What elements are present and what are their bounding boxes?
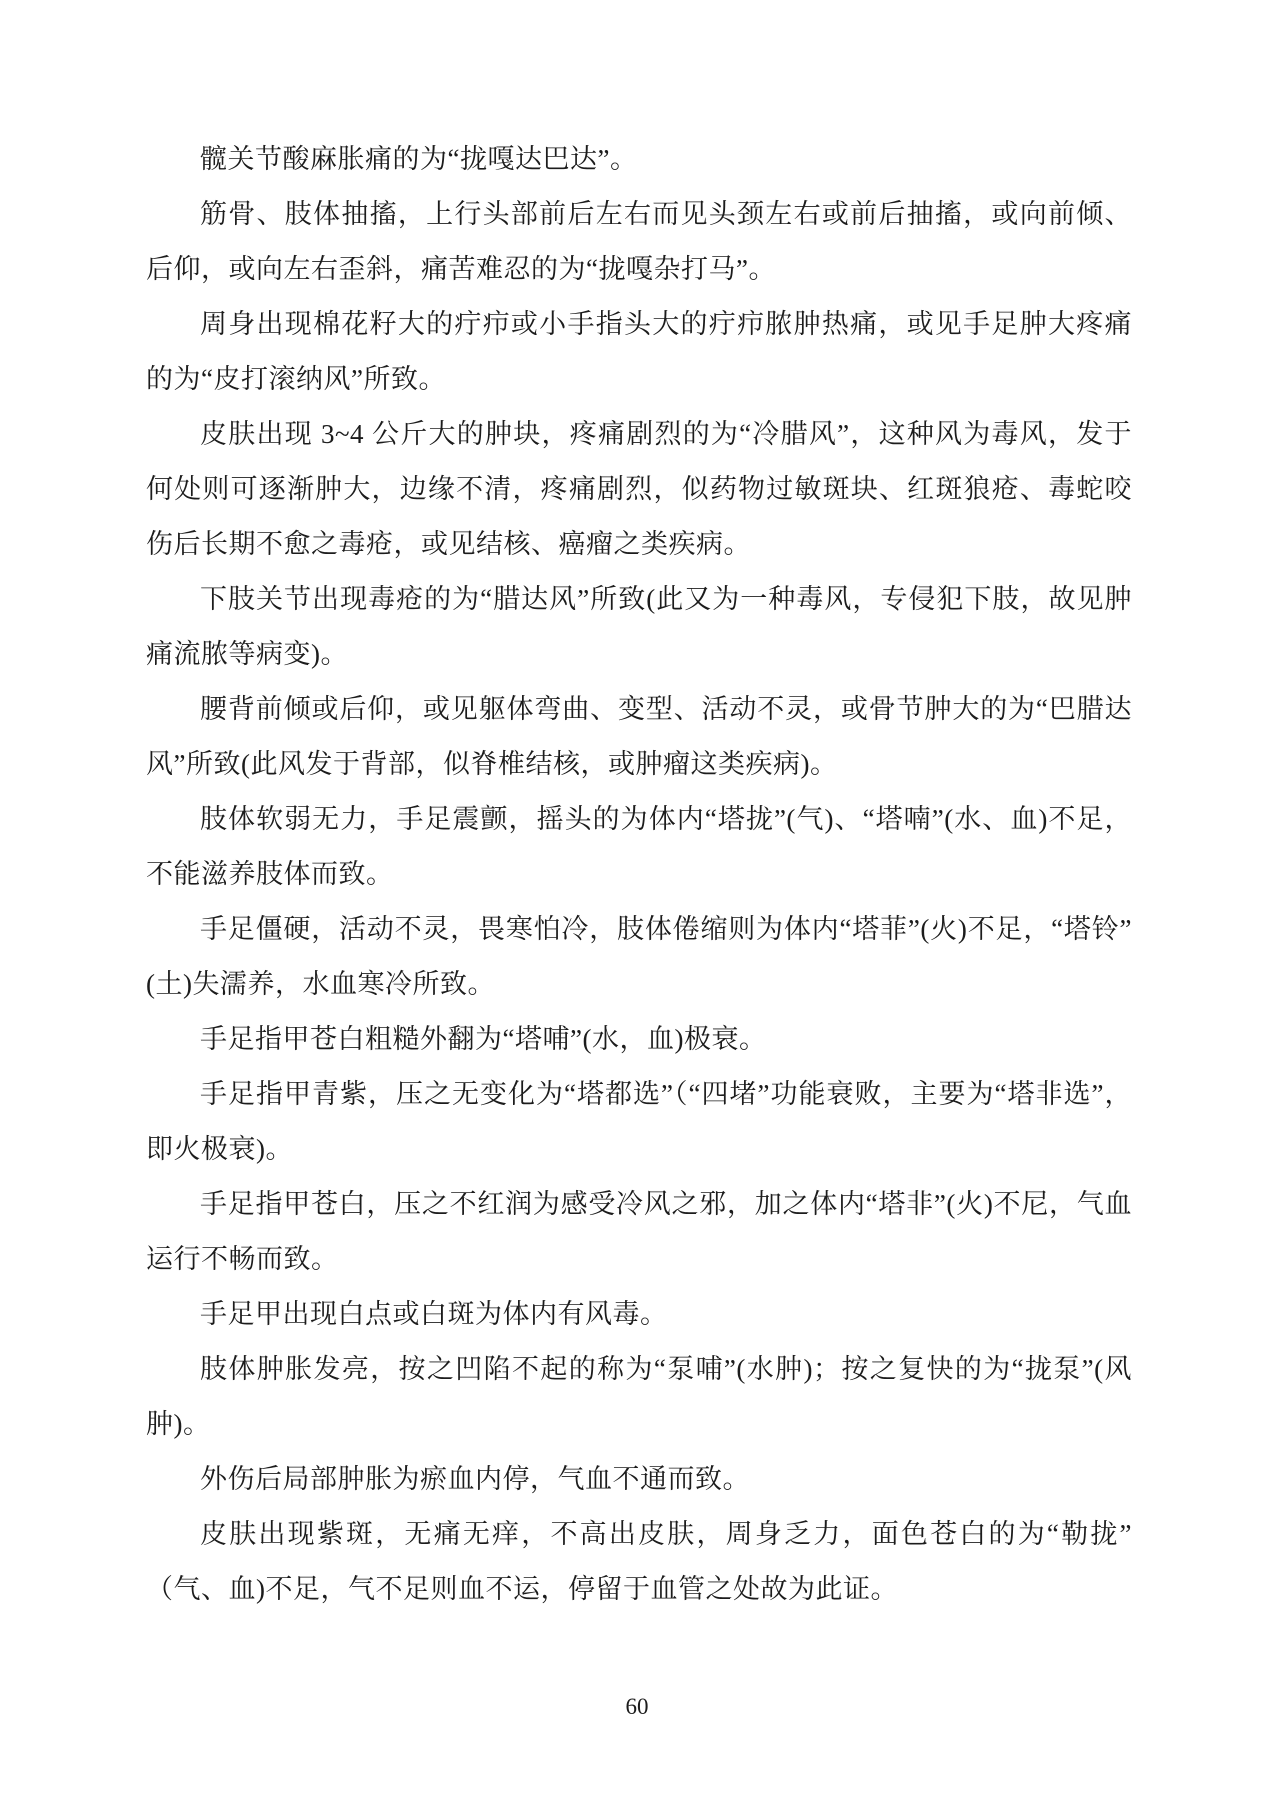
document-text-block: 髋关节酸麻胀痛的为“拢嘎达巴达”。 筋骨、肢体抽搐，上行头部前后左右而见头颈左右… [146,132,1132,1617]
paragraph: 手足指甲苍白，压之不红润为感受冷风之邪，加之体内“塔非”(火)不尼，气血运行不畅… [146,1177,1132,1287]
paragraph: 周身出现棉花籽大的疔疖或小手指头大的疔疖脓肿热痛，或见手足肿大疼痛的为“皮打滚纳… [146,297,1132,407]
paragraph: 下肢关节出现毒疮的为“腊达风”所致(此又为一种毒风，专侵犯下肢，故见肿痛流脓等病… [146,572,1132,682]
paragraph: 手足僵硬，活动不灵，畏寒怕冷，肢体倦缩则为体内“塔菲”(火)不足，“塔铃”(土)… [146,902,1132,1012]
paragraph: 腰背前倾或后仰，或见躯体弯曲、变型、活动不灵，或骨节肿大的为“巴腊达风”所致(此… [146,682,1132,792]
paragraph: 皮肤出现 3~4 公斤大的肿块，疼痛剧烈的为“冷腊风”，这种风为毒风，发于何处则… [146,407,1132,572]
paragraph: 髋关节酸麻胀痛的为“拢嘎达巴达”。 [146,132,1132,187]
document-page: 髋关节酸麻胀痛的为“拢嘎达巴达”。 筋骨、肢体抽搐，上行头部前后左右而见头颈左右… [0,0,1274,1801]
paragraph: 外伤后局部肿胀为瘀血内停，气血不通而致。 [146,1452,1132,1507]
page-number: 60 [0,1692,1274,1722]
paragraph: 肢体肿胀发亮，按之凹陷不起的称为“泵哺”(水肿)；按之复快的为“拢泵”(风肿)。 [146,1342,1132,1452]
paragraph: 手足甲出现白点或白斑为体内有风毒。 [146,1287,1132,1342]
paragraph: 筋骨、肢体抽搐，上行头部前后左右而见头颈左右或前后抽搐，或向前倾、后仰，或向左右… [146,187,1132,297]
paragraph: 手足指甲苍白粗糙外翻为“塔哺”(水，血)极衰。 [146,1012,1132,1067]
paragraph: 肢体软弱无力，手足震颤，摇头的为体内“塔拢”(气)、“塔喃”(水、血)不足，不能… [146,792,1132,902]
paragraph: 手足指甲青紫，压之无变化为“塔都选”（“四堵”功能衰败，主要为“塔非选”，即火极… [146,1067,1132,1177]
paragraph: 皮肤出现紫斑，无痛无痒，不高出皮肤，周身乏力，面色苍白的为“勒拢”（气、血)不足… [146,1507,1132,1617]
